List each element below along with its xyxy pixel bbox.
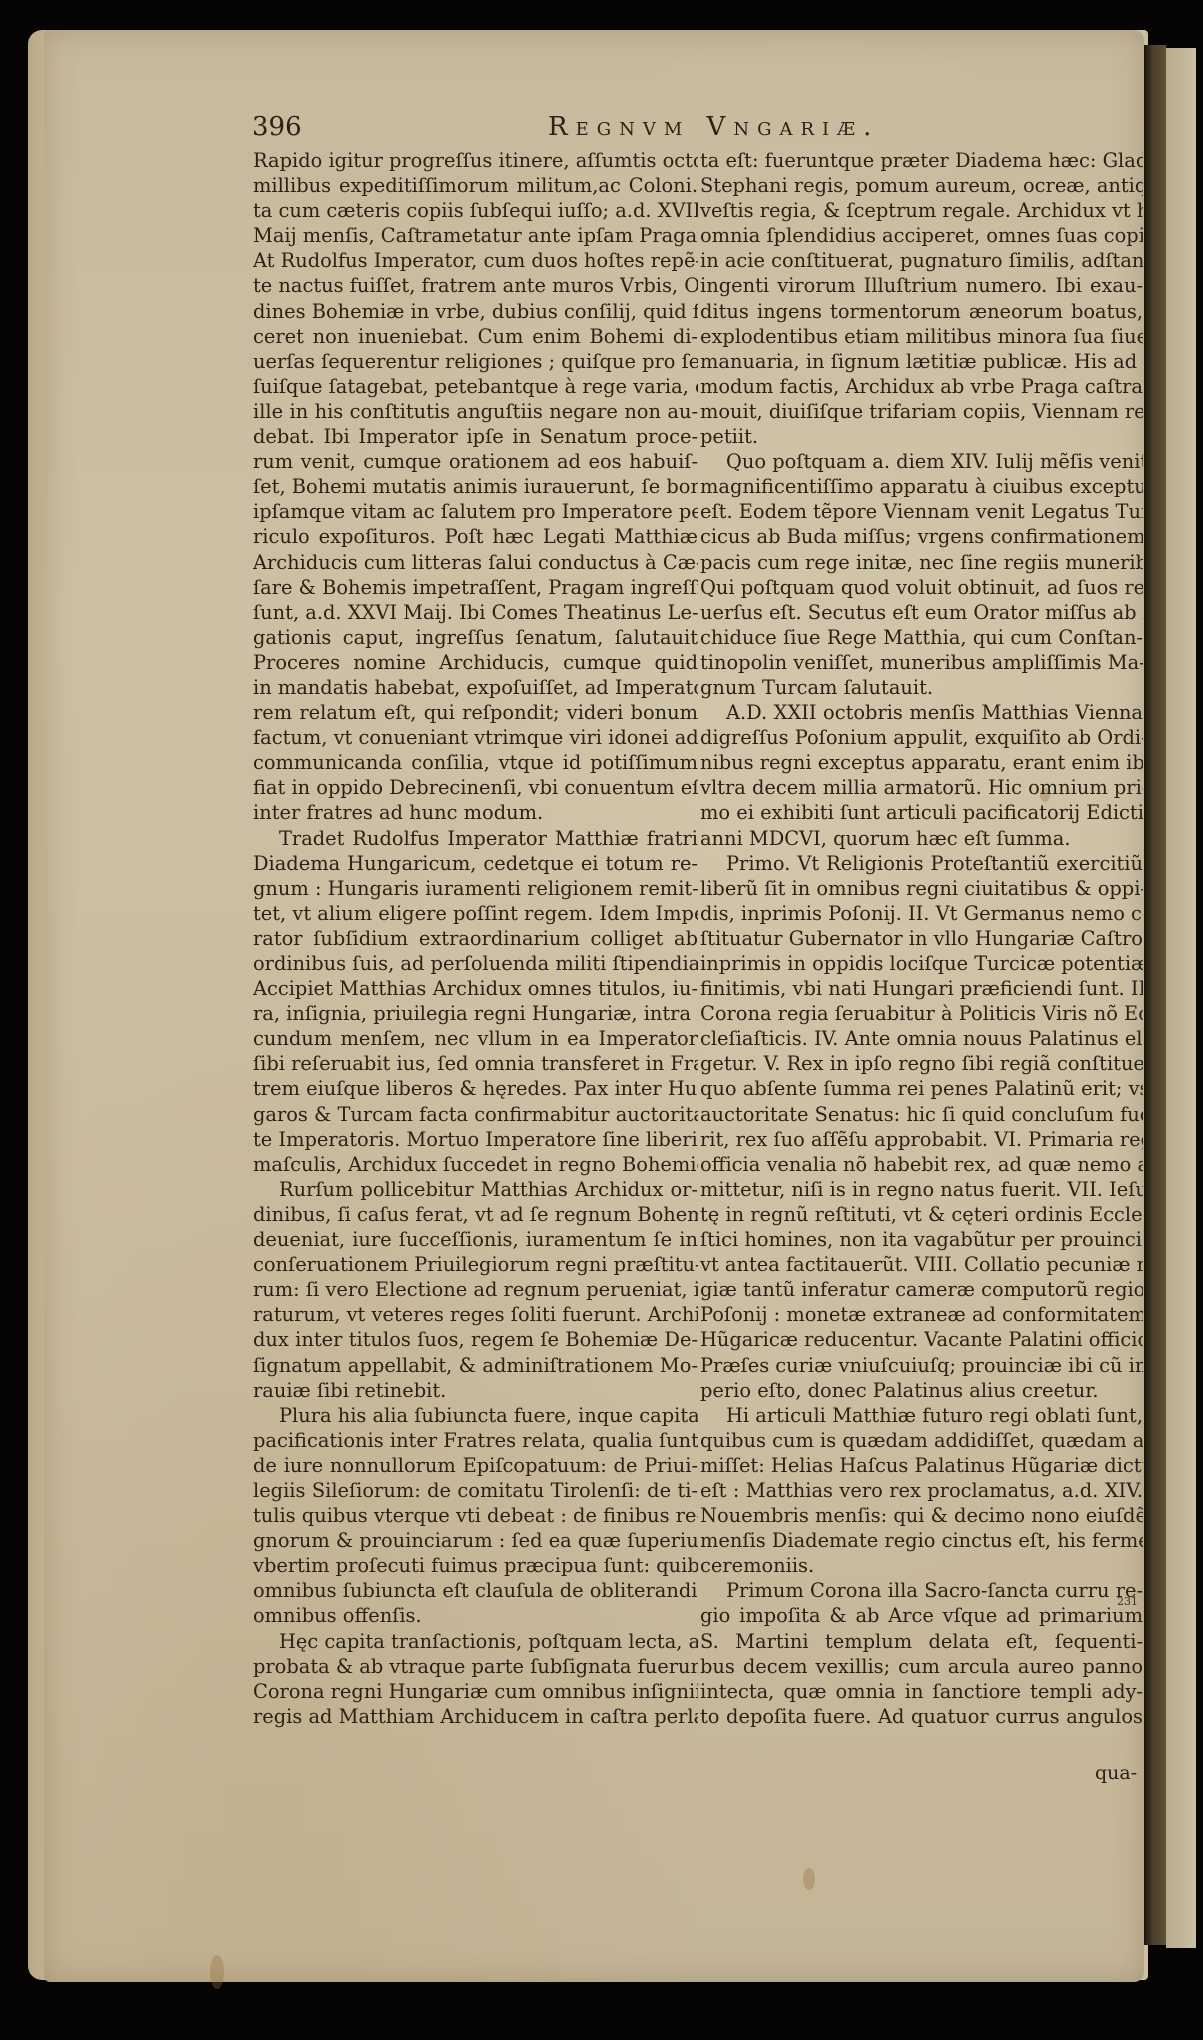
text-line: Primum Corona illa Sacro-ſancta curru re… (700, 1578, 1143, 1603)
text-line: rit, rex ſuo aſſẽſu approbabit. VI. Prim… (700, 1127, 1143, 1152)
text-line: ceremoniis. (700, 1553, 1143, 1578)
text-line: legiis Sileſiorum: de comitatu Tirolenſi… (253, 1478, 698, 1503)
book-gutter (1144, 45, 1166, 1945)
stain (803, 1868, 815, 1890)
text-line: gnorum & prouinciarum : ſed ea quæ ſuper… (253, 1528, 698, 1553)
text-line: cundum menſem, nec vllum in ea Imperator (253, 1026, 698, 1051)
text-line: petiit. (700, 424, 1143, 449)
text-line: inprimis in oppidis lociſque Turcicæ pot… (700, 951, 1143, 976)
text-line: gnum Turcam ſalutauit. (700, 675, 1143, 700)
text-line: intecta, quæ omnia in ſanctiore templi a… (700, 1679, 1143, 1704)
text-line: garos & Turcam facta confirmabitur aucto… (253, 1102, 698, 1127)
text-line: omnibus ſubiuncta eſt clauſula de oblite… (253, 1578, 698, 1603)
text-line: chiduce ſiue Rege Matthia, qui cum Conſt… (700, 625, 1143, 650)
stain (210, 1955, 224, 1989)
text-line: debat. Ibi Imperator ipſe in Senatum pro… (253, 424, 698, 449)
text-line: te Imperatoris. Mortuo Imperatore ſine l… (253, 1127, 698, 1152)
text-line: mouit, diuiſiſque trifariam copiis, Vien… (700, 399, 1143, 424)
text-line: giæ tantũ inferatur cameræ computorũ reg… (700, 1277, 1143, 1302)
text-line: maſculis, Archidux ſuccedet in regno Boh… (253, 1152, 698, 1177)
text-line: uerſus eſt. Secutus eſt eum Orator miſſu… (700, 600, 1143, 625)
text-line: ipſamque vitam ac ſalutem pro Imperatore… (253, 499, 698, 524)
text-line: ille in his conſtitutis anguſtiis negare… (253, 399, 698, 424)
text-line: Tradet Rudolfus Imperator Matthiæ fratri (253, 826, 698, 851)
text-line: modum factis, Archidux ab vrbe Praga caſ… (700, 374, 1143, 399)
text-line: eſt : Matthias vero rex proclamatus, a.d… (700, 1478, 1143, 1503)
text-line: gationis caput, ingreſſus ſenatum, ſalut… (253, 625, 698, 650)
text-line: Proceres nomine Archiducis, cumque quid (253, 650, 698, 675)
text-line: ingenti virorum Illuſtrium numero. Ibi e… (700, 273, 1143, 298)
left-text-column: Rapido igitur progreſſus itinere, aſſumt… (253, 148, 698, 1729)
text-line: Quo poſtquam a. diem XIV. Iulij mẽſis ve… (700, 449, 1143, 474)
text-line: omnibus offenſis. (253, 1603, 698, 1628)
text-line: ceret non inueniebat. Cum enim Bohemi di… (253, 324, 698, 349)
text-line: ſibi reſeruabit ius, ſed omnia transfere… (253, 1051, 698, 1076)
text-line: rem relatum eſt, qui reſpondit; videri b… (253, 700, 698, 725)
text-line: Poſonij : monetæ extraneæ ad conformitat… (700, 1302, 1143, 1327)
text-line: ſunt, a.d. XXVI Maij. Ibi Comes Theatinu… (253, 600, 698, 625)
text-line: digreſſus Poſonium appulit, exquiſito ab… (700, 725, 1143, 750)
text-line: Hi articuli Matthiæ futuro regi oblati ſ… (700, 1403, 1143, 1428)
text-line: miſſet: Helias Haſcus Palatinus Hũgariæ … (700, 1453, 1143, 1478)
text-line: Corona regni Hungariæ cum omnibus inſign… (253, 1679, 698, 1704)
text-line: Præſes curiæ vniuſcuiuſq; prouinciæ ibi … (700, 1353, 1143, 1378)
text-line: raturum, vt veteres reges ſoliti fuerunt… (253, 1302, 698, 1327)
text-line: menſis Diademate regio cinctus eſt, his … (700, 1528, 1143, 1553)
text-line: de iure nonnullorum Epiſcopatuum: de Pri… (253, 1453, 698, 1478)
text-line: quo abſente ſumma rei penes Palatinũ eri… (700, 1076, 1143, 1101)
text-line: anni MDCVI, quorum hæc eſt ſumma. (700, 826, 1143, 851)
text-line: ta eſt: fueruntque præter Diadema hæc: G… (700, 148, 1143, 173)
text-line: tinopolin veniſſet, muneribus ampliſſimi… (700, 650, 1143, 675)
page-number: 396 (252, 112, 302, 142)
text-line: liberũ ſit in omnibus regni ciuitatibus … (700, 876, 1143, 901)
text-line: ſare & Bohemis impetraſſent, Pragam ingr… (253, 575, 698, 600)
text-line: to depoſita fuere. Ad quatuor currus ang… (700, 1704, 1143, 1729)
text-line: in acie conſtituerat, pugnaturo ſimilis,… (700, 248, 1143, 273)
text-line: Stephani regis, pomum aureum, ocreæ, ant… (700, 173, 1143, 198)
text-line: vltra decem millia armatorũ. Hic omnium … (700, 775, 1143, 800)
text-line: Maij menſis, Caſtrametatur ante ipſam Pr… (253, 223, 698, 248)
text-line: pacis cum rege initæ, nec ſine regiis mu… (700, 550, 1143, 575)
text-line: auctoritate Senatus: hic ſi quid concluſ… (700, 1102, 1143, 1127)
text-line: Qui poſtquam quod voluit obtinuit, ad ſu… (700, 575, 1143, 600)
text-line: trem eiuſque liberos & hęredes. Pax inte… (253, 1076, 698, 1101)
margin-note: 231 (1117, 1595, 1138, 1608)
text-line: vt antea factitauerũt. VIII. Collatio pe… (700, 1252, 1143, 1277)
text-line: nibus regni exceptus apparatu, erant eni… (700, 750, 1143, 775)
text-line: mittetur, niſi is in regno natus fuerit.… (700, 1177, 1143, 1202)
text-line: cleſiaſticis. IV. Ante omnia nouus Palat… (700, 1026, 1143, 1051)
text-line: factum, vt conueniant vtrimque viri idon… (253, 725, 698, 750)
text-line: Accipiet Matthias Archidux omnes titulos… (253, 976, 698, 1001)
text-line: ra, inſignia, priuilegia regni Hungariæ,… (253, 1001, 698, 1026)
text-line: regis ad Matthiam Archiducem in caſtra p… (253, 1704, 698, 1729)
text-line: dux inter titulos ſuos, regem ſe Bohemiæ… (253, 1327, 698, 1352)
text-line: deueniat, iure ſucceſſionis, iuramentum … (253, 1227, 698, 1252)
catchword: qua- (1095, 1762, 1137, 1784)
text-line: Rurſum pollicebitur Matthias Archidux or… (253, 1177, 698, 1202)
text-line: ſignatum appellabit, & adminiſtrationem … (253, 1353, 698, 1378)
text-line: S. Martini templum delata eſt, ſequenti- (700, 1629, 1143, 1654)
text-line: communicanda conſilia, vtque id potiſſim… (253, 750, 698, 775)
text-line: officia venalia nõ habebit rex, ad quæ n… (700, 1152, 1143, 1177)
text-line: bus decem vexillis; cum arcula aureo pan… (700, 1654, 1143, 1679)
facing-page-edge (1166, 48, 1196, 1948)
text-line: Hũgaricæ reducentur. Vacante Palatini of… (700, 1327, 1143, 1352)
text-line: Primo. Vt Religionis Proteſtantiũ exerci… (700, 851, 1143, 876)
text-line: tulis quibus vterque vti debeat : de fin… (253, 1503, 698, 1528)
text-line: tet, vt alium eligere poſſint regem. Ide… (253, 901, 698, 926)
text-line: dis, inprimis Poſonij. II. Vt Germanus n… (700, 901, 1143, 926)
text-line: cicus ab Buda miſſus; vrgens confirmatio… (700, 524, 1143, 549)
text-line: ſtituatur Gubernator in vllo Hungariæ Ca… (700, 926, 1143, 951)
text-line: conſeruationem Priuilegiorum regni præſt… (253, 1252, 698, 1277)
text-line: Archiducis cum litteras ſalui conductus … (253, 550, 698, 575)
running-title: Regnvm Vngariæ. (548, 112, 879, 142)
text-line: explodentibus etiam militibus minora ſua… (700, 324, 1143, 349)
running-header: 396 Regnvm Vngariæ. (252, 112, 1112, 152)
text-line: At Rudolfus Imperator, cum duos hoſtes r… (253, 248, 698, 273)
text-line: getur. V. Rex in ipſo regno ſibi regiã c… (700, 1051, 1143, 1076)
text-line: rum venit, cumque orationem ad eos habui… (253, 449, 698, 474)
text-line: Plura his alia ſubiuncta fuere, inque ca… (253, 1403, 698, 1428)
text-line: riculo expoſituros. Poſt hæc Legati Matt… (253, 524, 698, 549)
text-line: rator ſubſidium extraordinarium colliget… (253, 926, 698, 951)
text-line: ta cum cæteris copiis ſubſequi iuſſo; a.… (253, 198, 698, 223)
text-line: mo ei exhibiti ſunt articuli pacificator… (700, 800, 1143, 825)
text-line: inter fratres ad hunc modum. (253, 800, 698, 825)
text-line: Hęc capita tranſactionis, poſtquam lecta… (253, 1629, 698, 1654)
text-line: uerſas ſequerentur religiones ; quiſque … (253, 349, 698, 374)
text-line: finitimis, vbi nati Hungari præficiendi … (700, 976, 1143, 1001)
text-line: A.D. XXII octobris menſis Matthias Vienn… (700, 700, 1143, 725)
text-line: Nouembris menſis: qui & decimo nono eiuſ… (700, 1503, 1143, 1528)
text-line: ſuiſque ſatagebat, petebantque à rege va… (253, 374, 698, 399)
text-line: ſtici homines, non ita vagabũtur per pro… (700, 1227, 1143, 1252)
text-line: quibus cum is quædam addidiſſet, quædam … (700, 1428, 1143, 1453)
text-line: eſt. Eodem tẽpore Viennam venit Legatus … (700, 499, 1143, 524)
text-line: magnificentiſſimo apparatu à ciuibus exc… (700, 474, 1143, 499)
text-line: manuaria, in ſignum lætitiæ publicæ. His… (700, 349, 1143, 374)
text-line: ſet, Bohemi mutatis animis iurauerunt, ſ… (253, 474, 698, 499)
text-line: probata & ab vtraque parte ſubſignata fu… (253, 1654, 698, 1679)
text-line: gio impoſita & ab Arce vſque ad primariu… (700, 1603, 1143, 1628)
text-line: gnum : Hungaris iuramenti religionem rem… (253, 876, 698, 901)
text-line: ditus ingens tormentorum æneorum boatus, (700, 299, 1143, 324)
text-line: dines Bohemiæ in vrbe, dubius conſilij, … (253, 299, 698, 324)
text-line: millibus expeditiſſimorum militum,ac Col… (253, 173, 698, 198)
text-line: pacificationis inter Fratres relata, qua… (253, 1428, 698, 1453)
text-line: rum: ſi vero Electione ad regnum perueni… (253, 1277, 698, 1302)
text-line: in mandatis habebat, expoſuiſſet, ad Imp… (253, 675, 698, 700)
text-line: omnia ſplendidius acciperet, omnes ſuas … (700, 223, 1143, 248)
text-line: tę in regnũ reſtituti, vt & cęteri ordin… (700, 1202, 1143, 1227)
text-line: ordinibus ſuis, ad perſoluenda militi ſt… (253, 951, 698, 976)
text-line: Corona regia ſeruabitur à Politicis Viri… (700, 1001, 1143, 1026)
text-line: fiat in oppido Debrecinenſi, vbi conuent… (253, 775, 698, 800)
text-line: rauiæ ſibi retinebit. (253, 1378, 698, 1403)
text-line: veſtis regia, & ſceptrum regale. Archidu… (700, 198, 1143, 223)
text-line: dinibus, ſi caſus ferat, vt ad ſe regnum… (253, 1202, 698, 1227)
text-line: Diadema Hungaricum, cedetque ei totum re… (253, 851, 698, 876)
right-text-column: ta eſt: fueruntque præter Diadema hæc: G… (700, 148, 1143, 1729)
text-line: te nactus fuiſſet, fratrem ante muros Vr… (253, 273, 698, 298)
text-line: vbertim proſecuti fuimus præcipua ſunt: … (253, 1553, 698, 1578)
text-line: Rapido igitur progreſſus itinere, aſſumt… (253, 148, 698, 173)
text-line: perio eſto, donec Palatinus alius creetu… (700, 1378, 1143, 1403)
